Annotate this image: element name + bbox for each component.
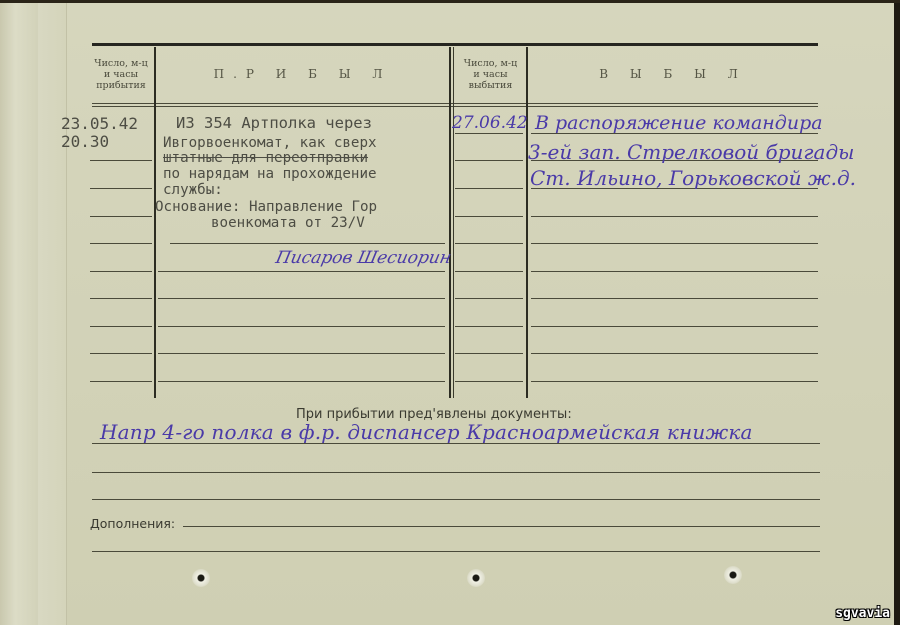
row-rule xyxy=(455,381,523,382)
header-line: и часы xyxy=(455,69,526,80)
row-rule xyxy=(455,353,523,354)
divider-center-right xyxy=(453,47,454,398)
row-rule xyxy=(90,271,152,272)
row-rule xyxy=(158,326,445,327)
additions-label: Дополнения: xyxy=(90,516,175,531)
arrival-line: службы: xyxy=(163,183,223,199)
document-page: Число, м-ц и часы прибытия П.Р И Б Ы Л Ч… xyxy=(0,0,894,625)
header-bottom-rule-2 xyxy=(92,106,818,107)
row-rule xyxy=(90,243,152,244)
binding-spine xyxy=(0,0,39,625)
arrival-line: Основание: Направление Гор xyxy=(155,200,377,216)
arrival-title: П.Р И Б Ы Л xyxy=(156,67,449,81)
row-rule xyxy=(531,298,818,299)
row-rule xyxy=(455,216,523,217)
row-rule xyxy=(531,326,818,327)
divider-arrival-date xyxy=(154,47,156,398)
binding-fold xyxy=(38,0,67,625)
row-rule xyxy=(531,381,818,382)
departure-line: Ст. Ильино, Горьковской ж.д. xyxy=(530,166,856,190)
row-rule xyxy=(455,326,523,327)
row-rule xyxy=(158,381,445,382)
documents-rule xyxy=(92,499,820,500)
row-rule xyxy=(90,381,152,382)
row-rule xyxy=(531,271,818,272)
header-line: прибытия xyxy=(88,80,154,91)
punch-hole xyxy=(467,569,485,587)
punch-hole xyxy=(192,569,210,587)
additions-rule xyxy=(183,526,820,527)
row-rule xyxy=(531,353,818,354)
row-rule xyxy=(90,298,152,299)
header-line: Число, м-ц xyxy=(88,58,154,69)
header-line: Число, м-ц xyxy=(455,58,526,69)
row-rule xyxy=(455,298,523,299)
departure-line: В распоряжение командира xyxy=(535,112,823,134)
header-top-rule xyxy=(92,43,818,46)
row-rule xyxy=(90,326,152,327)
page-edge xyxy=(894,0,900,625)
arrival-signature: Писаров Шесиорин xyxy=(274,248,453,268)
divider-center-left xyxy=(449,47,451,398)
arrival-date: 23.05.42 xyxy=(61,116,138,132)
row-rule xyxy=(455,271,523,272)
documents-value: Напр 4-го полка в ф.р. диспансер Красноа… xyxy=(100,420,753,444)
row-rule xyxy=(90,160,152,161)
additions-rule xyxy=(92,551,820,552)
documents-rule xyxy=(92,472,820,473)
row-rule xyxy=(455,160,523,161)
row-rule xyxy=(455,133,523,134)
row-rule xyxy=(170,243,445,244)
row-rule xyxy=(90,353,152,354)
row-rule xyxy=(531,243,818,244)
row-rule xyxy=(455,243,523,244)
arrival-line-struck: штатные для переотправки xyxy=(163,151,368,167)
arrival-line: по нарядам на прохождение xyxy=(163,167,377,183)
row-rule xyxy=(158,271,445,272)
arrival-time: 20.30 xyxy=(61,134,109,150)
header-line: выбытия xyxy=(455,80,526,91)
page-edge-top xyxy=(0,0,900,3)
arrival-date-header: Число, м-ц и часы прибытия xyxy=(88,58,154,91)
departure-date-header: Число, м-ц и часы выбытия xyxy=(455,58,526,91)
watermark: sgvavia xyxy=(835,606,890,621)
departure-date: 27.06.42 xyxy=(452,113,528,133)
header-bottom-rule xyxy=(92,103,818,104)
arrival-line: ИЗ 354 Артполка через xyxy=(176,116,372,132)
row-rule xyxy=(158,353,445,354)
divider-departure-date xyxy=(526,47,528,398)
departure-line: 3-ей зап. Стрелковой бригады xyxy=(528,140,854,164)
header-line: и часы xyxy=(88,69,154,80)
departure-title: В Ы Б Ы Л xyxy=(528,67,818,81)
documents-rule xyxy=(92,443,820,444)
row-rule xyxy=(531,216,818,217)
row-rule xyxy=(90,188,152,189)
row-rule xyxy=(158,298,445,299)
row-rule xyxy=(455,188,523,189)
row-rule xyxy=(90,216,152,217)
arrival-line: военкомата от 23/V xyxy=(211,216,365,232)
punch-hole xyxy=(724,566,742,584)
